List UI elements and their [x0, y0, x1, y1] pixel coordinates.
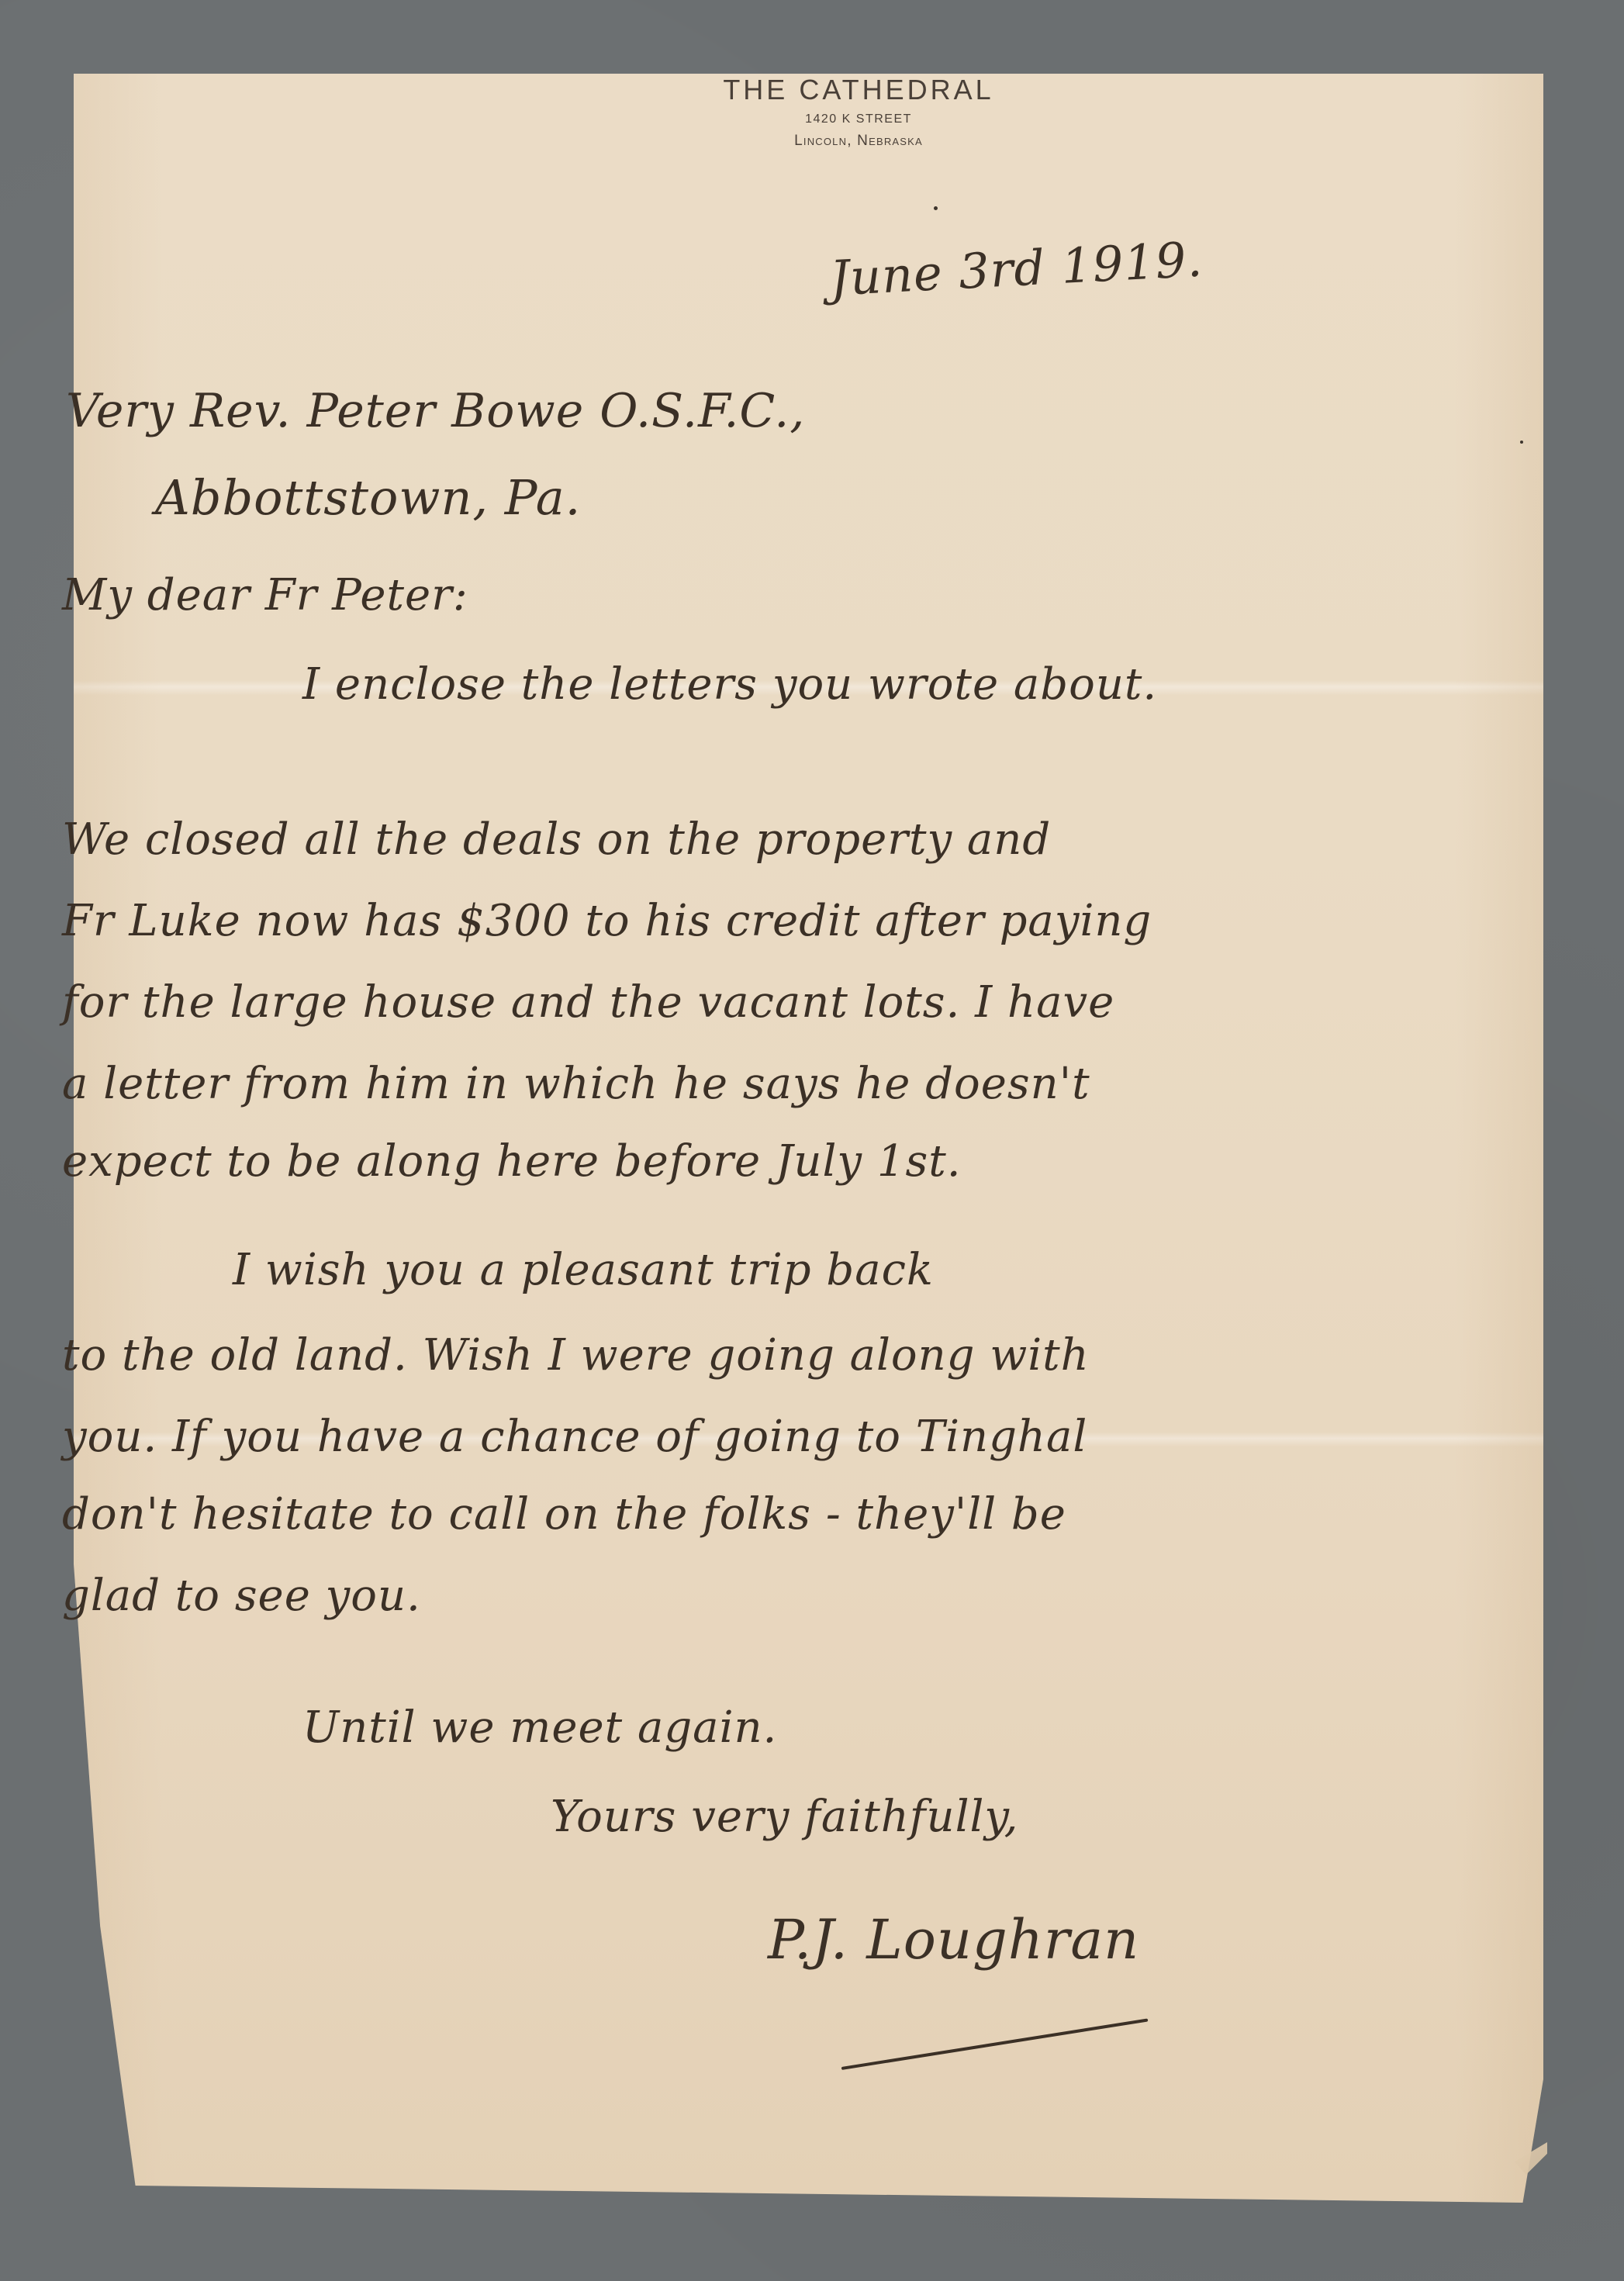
body-line: for the large house and the vacant lots.… — [62, 977, 1114, 1028]
body-line: We closed all the deals on the property … — [62, 814, 1051, 865]
paragraph2-line: don't hesitate to call on the folks - th… — [62, 1489, 1066, 1540]
paragraph2-line: you. If you have a chance of going to Ti… — [62, 1412, 1087, 1462]
paragraph2-line: to the old land. Wish I were going along… — [62, 1330, 1090, 1381]
paragraph2-line: glad to see you. — [62, 1571, 421, 1621]
recipient-place: Abbottstown, Pa. — [155, 469, 581, 526]
recipient-name: Very Rev. Peter Bowe O.S.F.C., — [66, 384, 805, 438]
body-line: expect to be along here before July 1st. — [62, 1136, 962, 1187]
ink-speck — [1520, 441, 1523, 444]
paragraph2-line: I wish you a pleasant trip back — [233, 1245, 934, 1295]
body-line: Fr Luke now has $300 to his credit after… — [62, 896, 1152, 946]
opening-line: I enclose the letters you wrote about. — [302, 659, 1157, 710]
body-line: a letter from him in which he says he do… — [62, 1059, 1090, 1109]
letterhead: THE CATHEDRAL 1420 K STREET Lincoln, Neb… — [0, 74, 1624, 150]
signature: P.J. Loughran — [768, 1908, 1139, 1972]
closing-valediction: Yours very faithfully, — [551, 1792, 1018, 1842]
letterhead-title: THE CATHEDRAL — [93, 74, 1624, 106]
letterhead-street: 1420 K STREET — [93, 112, 1624, 126]
closing-line: Until we meet again. — [302, 1702, 777, 1753]
salutation: My dear Fr Peter: — [62, 570, 468, 620]
letterhead-city: Lincoln, Nebraska — [93, 133, 1624, 150]
ink-speck — [934, 206, 938, 210]
